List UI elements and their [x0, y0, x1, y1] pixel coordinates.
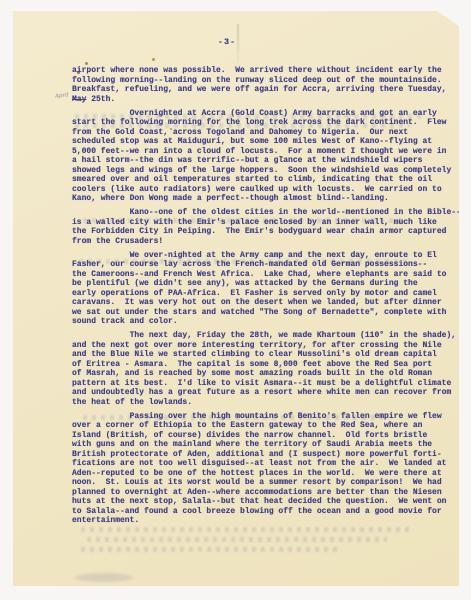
handwritten-correction: April	[55, 91, 70, 102]
document-body: airport where none was possible. We arri…	[72, 66, 464, 530]
foxing-spot	[152, 58, 155, 61]
paragraph: Overnighted at Accra (Gold Coast) Army b…	[72, 109, 464, 204]
corrected-date: AprilMay 25th.	[72, 95, 115, 105]
paragraph: Kano--one of the oldest cities in the wo…	[72, 208, 464, 246]
paper-crease	[237, 24, 239, 70]
paragraph: Passing over the high mountains of Benit…	[72, 412, 464, 526]
paragraph: The next day, Friday the 28th, we made K…	[72, 331, 464, 407]
paragraph: airport where none was possible. We arri…	[72, 66, 464, 104]
page-number: -3-	[4, 37, 450, 47]
paragraph: We over-nighted at the Army camp and the…	[72, 251, 464, 327]
scan-background: { "page": { "number_label": "-3-" }, "co…	[0, 0, 471, 600]
foxing-spot	[85, 62, 88, 65]
ink-smudge	[75, 573, 133, 582]
struck-text: May	[72, 95, 86, 104]
scanned-letter-page: -3- airport where none was possible. We …	[13, 11, 459, 586]
ink-bleedthrough	[87, 537, 387, 542]
ink-bleedthrough	[81, 547, 341, 552]
